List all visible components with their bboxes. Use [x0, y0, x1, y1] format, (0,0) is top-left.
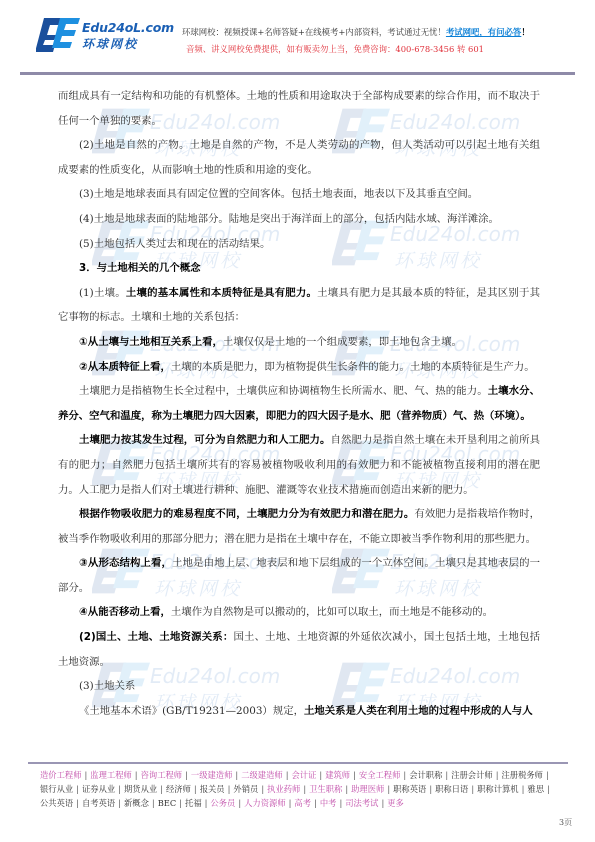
link-separator: | [300, 784, 309, 794]
link-separator: | [191, 784, 200, 794]
link-separator: | [115, 798, 124, 808]
footer-link[interactable]: 人力资源师 [244, 798, 286, 808]
footer-link[interactable]: 会计证 [291, 770, 316, 780]
footer-link[interactable]: 高考 [294, 798, 311, 808]
footer-link[interactable]: 二级建造师 [241, 770, 283, 780]
footer-link[interactable]: 期货从业 [124, 784, 157, 794]
paragraph: (2)土地是自然的产物。土地是自然的产物，不是人类劳动的产物，但人类活动可以引起… [58, 133, 540, 182]
footer-link[interactable]: 注册税务师 [501, 770, 543, 780]
footer-link[interactable]: 公务员 [210, 798, 235, 808]
footer-link[interactable]: 监理工程师 [90, 770, 132, 780]
link-separator: | [316, 770, 325, 780]
footer-link[interactable]: 报关员 [200, 784, 225, 794]
link-separator: | [384, 784, 393, 794]
paragraph: (3)土地关系 [58, 674, 540, 699]
paragraph: ②从本质特征上看，土壤的本质是肥力，即为植物提供生长条件的能力。土地的本质特征是… [58, 355, 540, 380]
footer-link[interactable]: 自考英语 [82, 798, 115, 808]
footer-link[interactable]: 执业药师 [267, 784, 300, 794]
promo-link[interactable]: 考试网吧，有问必答 [446, 27, 521, 37]
link-separator: | [82, 770, 91, 780]
paragraph: (2)国土、土地、土地资源关系：国土、土地、土地资源的外延依次减小，国土包括土地… [58, 625, 540, 674]
link-separator: | [157, 784, 166, 794]
footer-link[interactable]: 新概念 [124, 798, 149, 808]
page-header: Edu24oL.com 环球网校 环球网校：视频授课+名师答疑+在线模考+内部资… [0, 0, 595, 74]
paragraph: 土壤肥力是指植物生长全过程中，土壤供应和协调植物生长所需水、肥、气、热的能力。土… [58, 379, 540, 428]
footer-link[interactable]: 职称英语 [393, 784, 426, 794]
footer-link[interactable]: 经济师 [166, 784, 191, 794]
footer-link[interactable]: 咨询工程师 [141, 770, 183, 780]
link-separator: | [73, 798, 82, 808]
footer-link[interactable]: 银行从业 [40, 784, 73, 794]
header-notice: 音频、讲义网校免费提供，如有贩卖勿上当，免费咨询：400-678-3456 转 … [186, 43, 484, 55]
footer-link[interactable]: 一级建造师 [191, 770, 233, 780]
link-separator: | [426, 784, 435, 794]
paragraph: 而组成具有一定结构和功能的有机整体。土地的性质和用途取决于全部构成要素的综合作用… [58, 84, 540, 133]
footer-link[interactable]: BEC [158, 798, 177, 808]
footer-link[interactable]: 助理医师 [351, 784, 384, 794]
link-separator: | [378, 798, 387, 808]
header-divider [20, 72, 575, 75]
footer-link[interactable]: 更多 [387, 798, 404, 808]
paragraph: 根据作物吸收肥力的难易程度不同，土壤肥力分为有效肥力和潜在肥力。有效肥力是指栽培… [58, 502, 540, 551]
footer-link[interactable]: 职称计算机 [477, 784, 519, 794]
link-separator: | [176, 798, 185, 808]
link-separator: | [182, 770, 191, 780]
header-tagline: 环球网校：视频授课+名师答疑+在线模考+内部资料，考试通过无忧！考试网吧，有问必… [182, 26, 530, 38]
footer-link[interactable]: 建筑师 [325, 770, 350, 780]
footer-links: 造价工程师|监理工程师|咨询工程师|一级建造师|二级建造师|会计证|建筑师|安全… [40, 768, 560, 810]
tagline-end: ！ [521, 27, 529, 37]
footer-link[interactable]: 会计职称 [409, 770, 442, 780]
link-separator: | [311, 798, 320, 808]
document-body: 而组成具有一定结构和功能的有机整体。土地的性质和用途取决于全部构成要素的综合作用… [58, 84, 540, 723]
link-separator: | [115, 784, 124, 794]
link-separator: | [132, 770, 141, 780]
link-separator: | [73, 784, 82, 794]
footer-link[interactable]: 卫生职称 [309, 784, 342, 794]
link-separator: | [544, 784, 553, 794]
link-separator: | [468, 784, 477, 794]
link-separator: | [543, 770, 552, 780]
paragraph: ①从土壤与土地相互关系上看，土壤仅仅是土地的一个组成要素，即土地包含土壤。 [58, 330, 540, 355]
footer-divider [28, 762, 568, 764]
footer-link[interactable]: 托福 [185, 798, 202, 808]
link-separator: | [400, 770, 409, 780]
footer-link[interactable]: 安全工程师 [359, 770, 401, 780]
footer-link[interactable]: 外销员 [233, 784, 258, 794]
logo-text-en: Edu24oL.com [82, 20, 174, 35]
link-separator: | [235, 798, 244, 808]
link-separator: | [350, 770, 359, 780]
link-separator: | [149, 798, 158, 808]
footer-link[interactable]: 证券从业 [82, 784, 115, 794]
page-number: 3页 [559, 817, 572, 828]
footer-link[interactable]: 职称日语 [435, 784, 468, 794]
link-separator: | [336, 798, 345, 808]
footer-link[interactable]: 注册会计师 [451, 770, 493, 780]
tagline-text: 环球网校：视频授课+名师答疑+在线模考+内部资料，考试通过无忧！ [182, 27, 446, 37]
site-logo[interactable]: Edu24oL.com 环球网校 [36, 16, 186, 56]
paragraph: (3)土地是地球表面具有固定位置的空间客体。包括土地表面，地表以下及其垂直空间。 [58, 182, 540, 207]
link-separator: | [442, 770, 451, 780]
footer-link[interactable]: 造价工程师 [40, 770, 82, 780]
link-separator: | [232, 770, 241, 780]
paragraph: ③从形态结构上看，土地是由地上层、地表层和地下层组成的一个立体空间。土壤只是其地… [58, 551, 540, 600]
paragraph: (4)土地是地球表面的陆地部分。陆地是突出于海洋面上的部分，包括内陆水域、海洋滩… [58, 207, 540, 232]
paragraph: (5)土地包括人类过去和现在的活动结果。 [58, 232, 540, 257]
link-separator: | [258, 784, 267, 794]
footer-link[interactable]: 公共英语 [40, 798, 73, 808]
footer-link[interactable]: 司法考试 [345, 798, 378, 808]
logo-text-cn: 环球网校 [82, 35, 138, 52]
footer-link[interactable]: 雅思 [527, 784, 544, 794]
paragraph: ④从能否移动上看，土壤作为自然物是可以搬动的，比如可以取土，而土地是不能移动的。 [58, 600, 540, 625]
section-heading: 3．与土地相关的几个概念 [58, 256, 540, 281]
paragraph: 土壤肥力按其发生过程，可分为自然肥力和人工肥力。自然肥力是指自然土壤在未开垦利用… [58, 428, 540, 502]
paragraph: (1)土壤。土壤的基本属性和本质特征是具有肥力。土壤具有肥力是其最本质的特征，是… [58, 281, 540, 330]
edu24ol-logo-icon [36, 18, 80, 52]
paragraph: 《土地基本术语》(GB/T19231—2003）规定，土地关系是人类在利用土地的… [58, 699, 540, 724]
link-separator: | [342, 784, 351, 794]
footer-link[interactable]: 中考 [320, 798, 337, 808]
